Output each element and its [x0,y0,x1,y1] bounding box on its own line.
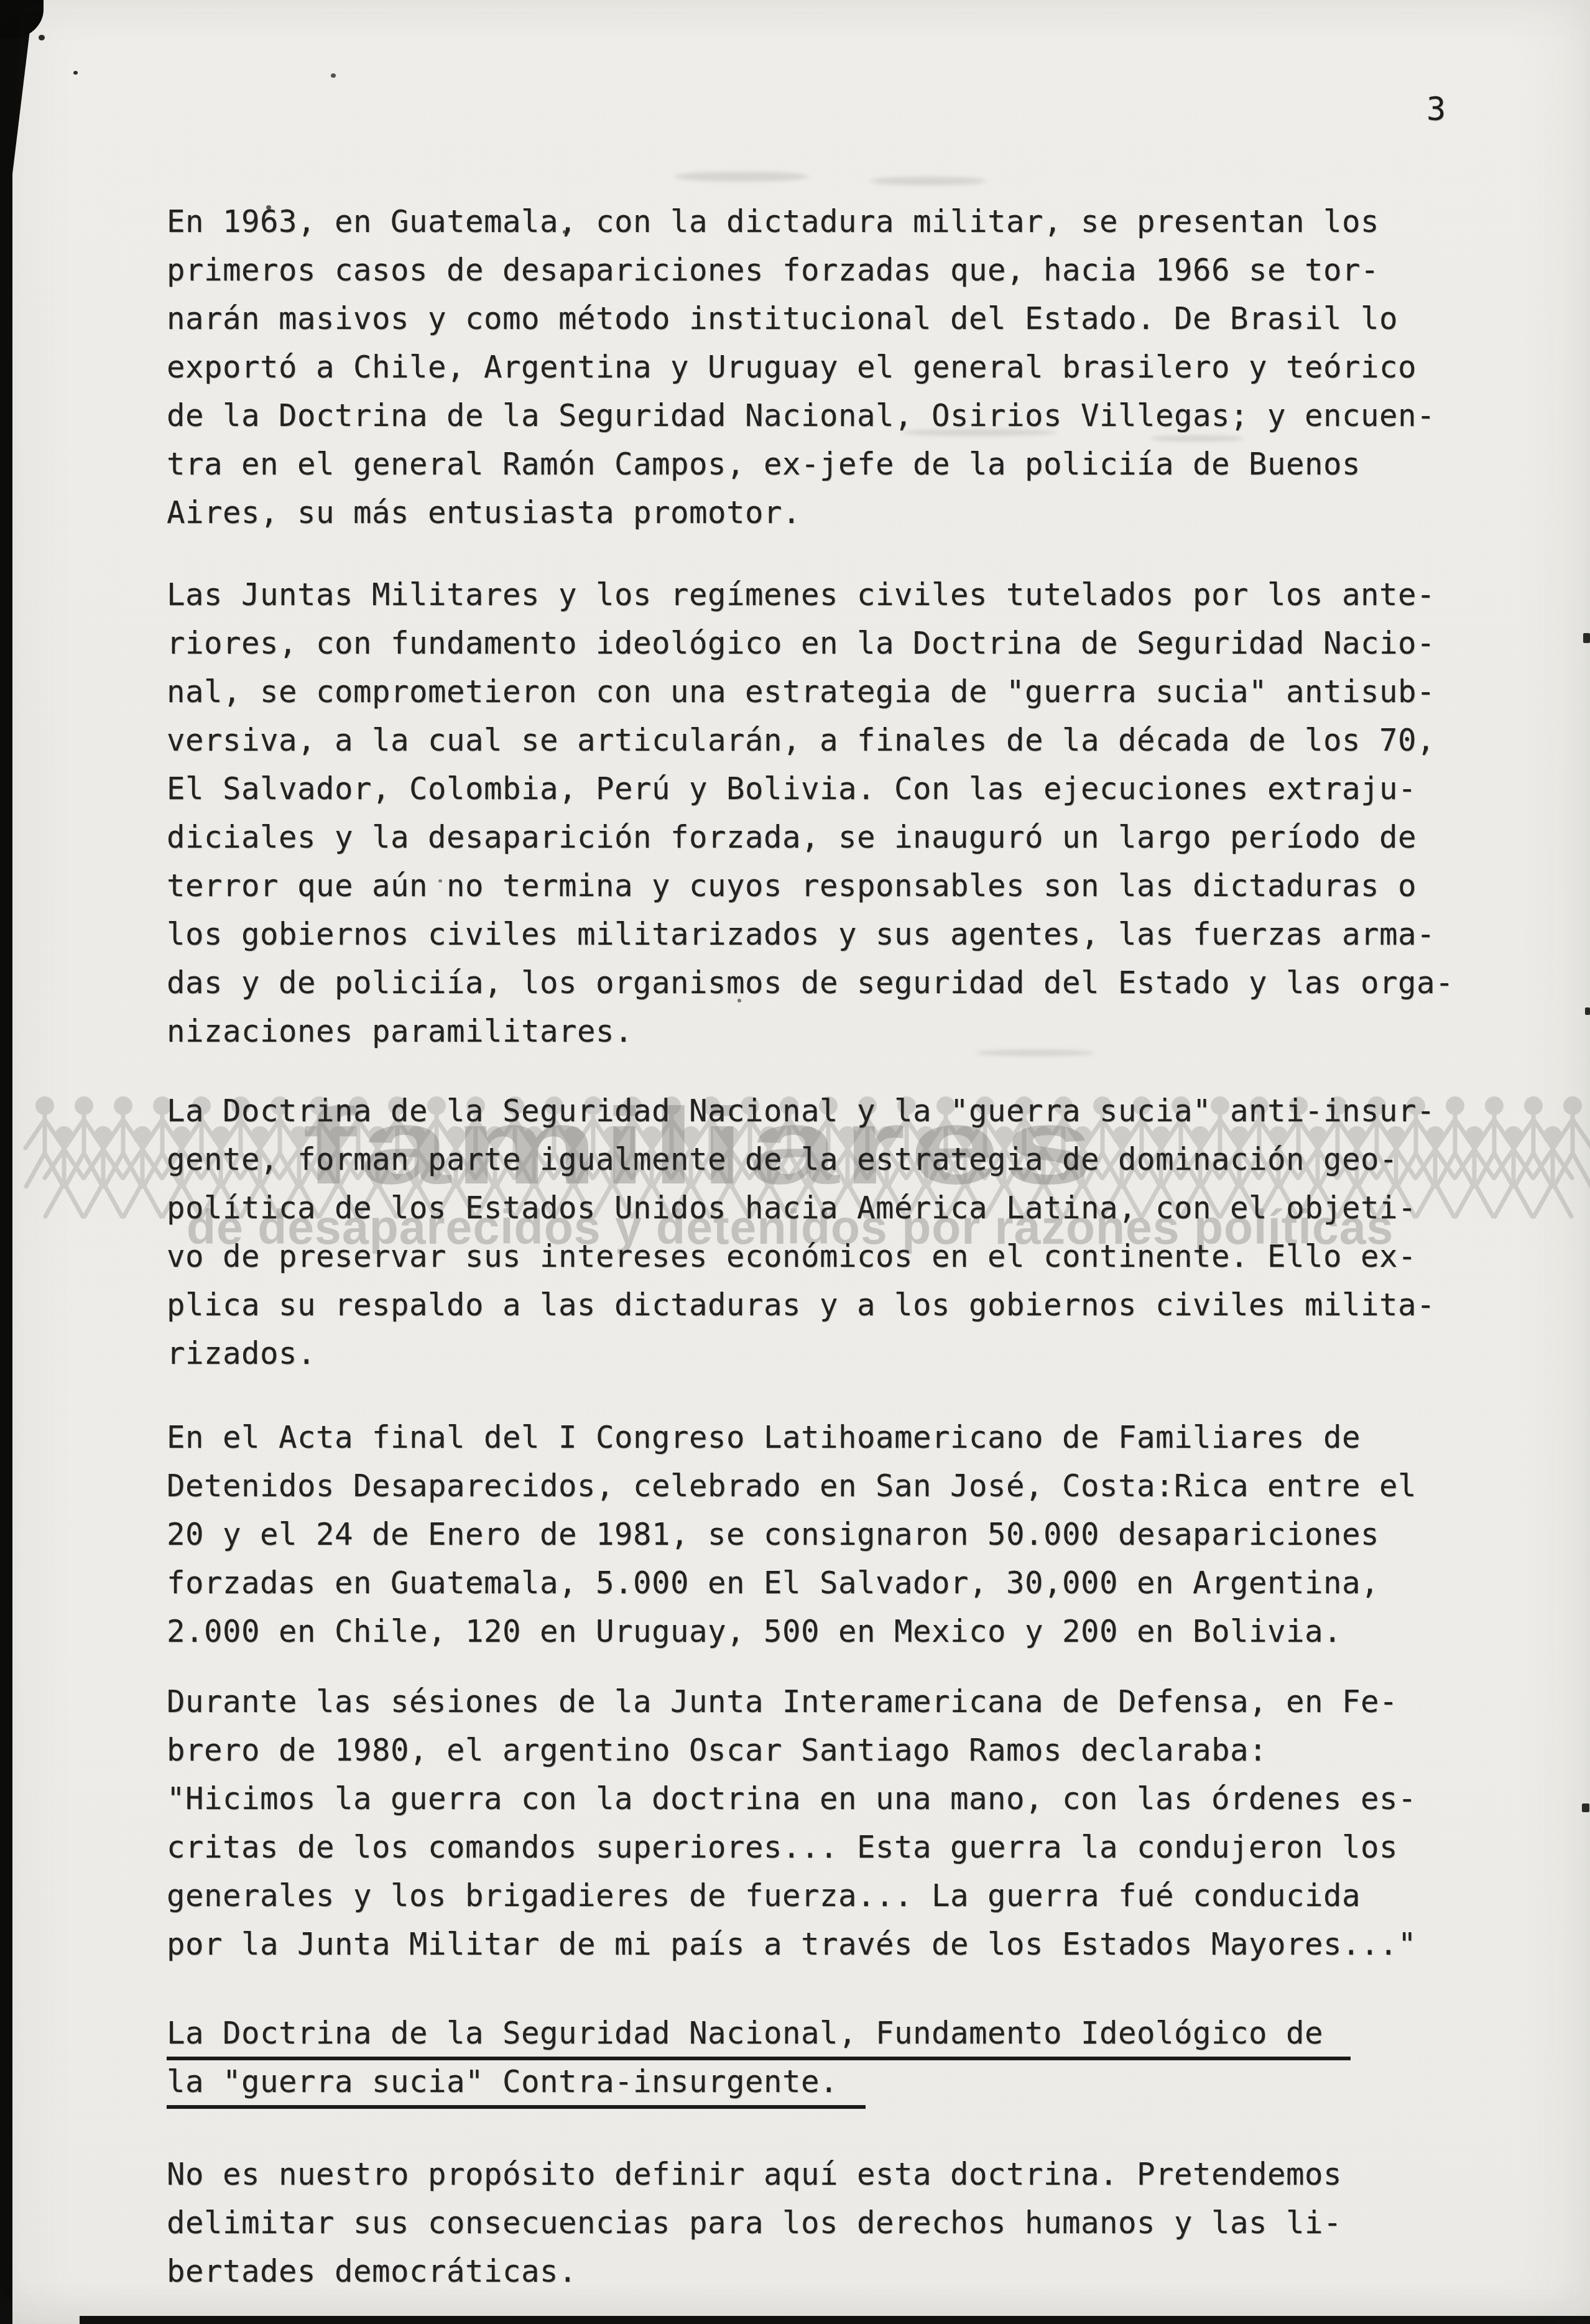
text-line: por la Junta Militar de mi país a través… [167,1920,1485,1969]
scan-speck [1583,633,1590,643]
scan-speck [39,35,45,40]
text-line: das y de policiía, los organismos de seg… [167,959,1485,1007]
text-line: 20 y el 24 de Enero de 1981, se consigna… [167,1511,1485,1559]
paragraph-2: Las Juntas Militares y los regímenes civ… [167,571,1485,1056]
text-line: bertades democráticas. [167,2248,1485,2296]
text-line: Aires, su más entusiasta promotor. [167,489,1485,537]
text-line: "Hicimos la guerra con la doctrina en un… [167,1775,1485,1823]
text-line: diciales y la desaparición forzada, se i… [167,813,1485,862]
text-line: nal, se comprometieron con una estrategi… [167,668,1485,716]
text-line: política de los Estados Unidos hacia Amé… [167,1184,1485,1233]
text-line: En 1963, en Guatemala, con la dictadura … [167,198,1485,246]
scan-speck [1582,1803,1589,1812]
text-line: los gobiernos civiles militarizados y su… [167,910,1485,959]
text-line: En el Acta final del I Congreso Latihoam… [167,1414,1485,1462]
scan-speck [331,73,336,78]
text-line: plica su respaldo a las dictaduras y a l… [167,1281,1485,1330]
text-line: primeros casos de desapariciones forzada… [167,246,1485,295]
scan-smudge [871,177,986,185]
text-line: riores, con fundamento ideológico en la … [167,619,1485,668]
page-number: 3 [1426,91,1446,128]
scan-smudge [675,172,808,182]
text-line: terror que aún no termina y cuyos respon… [167,862,1485,910]
scanned-document-page: familiares de desaparecidos y detenidos … [0,0,1590,2324]
text-line: critas de los comandos superiores... Est… [167,1823,1485,1872]
paragraph-4: En el Acta final del I Congreso Latihoam… [167,1414,1485,1656]
paragraph-quote: Durante las sésiones de la Junta Interam… [167,1678,1485,1969]
paragraph-3: La Doctrina de la Seguridad Nacional y l… [167,1087,1485,1378]
text-line: 2.000 en Chile, 120 en Uruguay, 500 en M… [167,1608,1485,1656]
text-line: nizaciones paramilitares. [167,1007,1485,1056]
text-line: brero de 1980, el argentino Oscar Santia… [167,1726,1485,1775]
text-line: Detenidos Desaparecidos, celebrado en Sa… [167,1462,1485,1511]
text-line: El Salvador, Colombia, Perú y Bolivia. C… [167,765,1485,813]
scan-corner-blob [0,0,44,39]
scan-speck [73,71,78,75]
scan-edge-bottom [80,2316,1590,2324]
text-line: delimitar sus consecuencias para los der… [167,2199,1485,2248]
text-line: La Doctrina de la Seguridad Nacional y l… [167,1087,1485,1136]
text-line: de la Doctrina de la Seguridad Nacional,… [167,392,1485,440]
text-line: rizados. [167,1330,1485,1378]
text-line: Las Juntas Militares y los regímenes civ… [167,571,1485,619]
text-line: exportó a Chile, Argentina y Uruguay el … [167,343,1485,392]
text-line: vo de preservar sus intereses económicos… [167,1233,1485,1281]
text-line: No es nuestro propósito definir aquí est… [167,2150,1485,2199]
text-line: Durante las sésiones de la Junta Interam… [167,1678,1485,1726]
text-line: la "guerra sucia" Contra-insurgente. [167,2058,1485,2106]
text-line: forzadas en Guatemala, 5.000 en El Salva… [167,1559,1485,1608]
text-line: gente, forman parte igualmente de la est… [167,1136,1485,1184]
text-line: versiva, a la cual se articularán, a fin… [167,716,1485,765]
text-line: generales y los brigadieres de fuerza...… [167,1872,1485,1920]
text-line: tra en el general Ramón Campos, ex-jefe … [167,440,1485,489]
paragraph-5: No es nuestro propósito definir aquí est… [167,2150,1485,2296]
text-line: La Doctrina de la Seguridad Nacional, Fu… [167,2009,1485,2058]
section-heading: La Doctrina de la Seguridad Nacional, Fu… [167,2009,1485,2106]
paragraph-1: En 1963, en Guatemala, con la dictadura … [167,198,1485,537]
scan-speck [1585,1007,1590,1015]
text-line: narán masivos y como método instituciona… [167,295,1485,343]
document-body: En 1963, en Guatemala, con la dictadura … [167,198,1485,2296]
